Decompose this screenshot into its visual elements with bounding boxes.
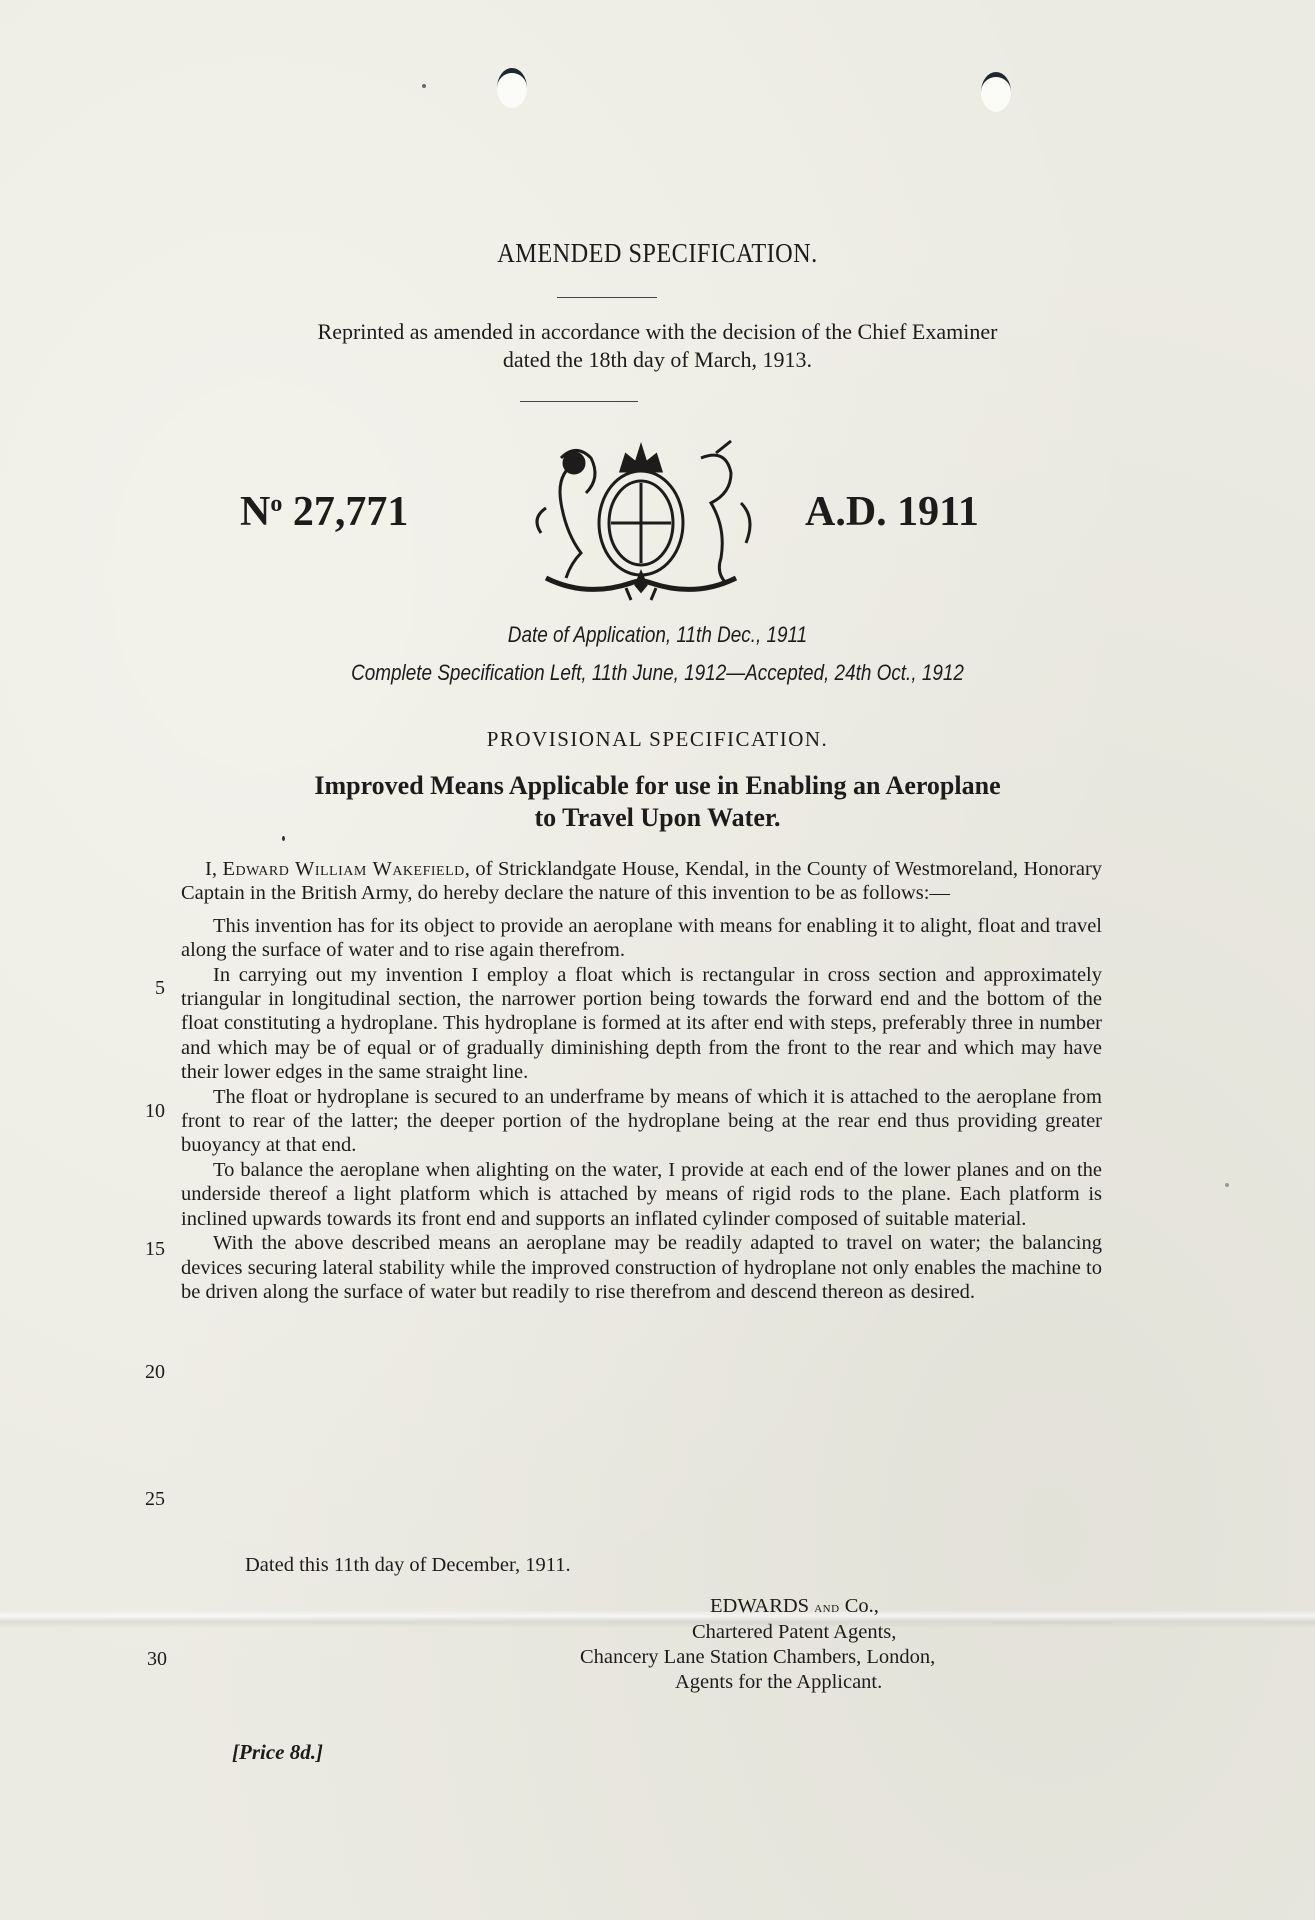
reprint-line-2: dated the 18th day of March, 1913. <box>0 346 1315 374</box>
patent-agents-block: EDWARDS and Co., Chartered Patent Agents… <box>580 1594 1080 1695</box>
royal-coat-of-arms-icon <box>516 433 766 603</box>
body-paragraph: In carrying out my invention I employ a … <box>181 963 1102 1085</box>
body-paragraph: This invention has for its object to pro… <box>181 914 1102 963</box>
declaration-paragraph: I, Edward William Wakefield, of Strickla… <box>181 857 1102 906</box>
invention-title-line-2: to Travel Upon Water. <box>0 802 1315 834</box>
provisional-specification-heading: PROVISIONAL SPECIFICATION. <box>0 727 1315 752</box>
paper-speck <box>1225 1183 1229 1187</box>
margin-line-number: 25 <box>145 1488 165 1511</box>
body-paragraph: The float or hydroplane is secured to an… <box>181 1085 1102 1158</box>
margin-line-number: 20 <box>145 1361 165 1384</box>
divider-rule <box>557 297 657 298</box>
margin-line-number: 30 <box>147 1648 167 1671</box>
complete-specification-dates: Complete Specification Left, 11th June, … <box>92 660 1223 686</box>
agent-line-3: Chancery Lane Station Chambers, London, <box>580 1645 1080 1670</box>
margin-line-number: 5 <box>155 977 165 1000</box>
paper-speck <box>422 84 426 88</box>
punch-hole-right <box>981 72 1011 112</box>
body-paragraph: To balance the aeroplane when alighting … <box>181 1158 1102 1231</box>
reprint-notice: Reprinted as amended in accordance with … <box>0 318 1315 374</box>
price-label: [Price 8d.] <box>232 1740 323 1765</box>
reprint-line-1: Reprinted as amended in accordance with … <box>0 318 1315 346</box>
amended-specification-heading: AMENDED SPECIFICATION. <box>66 238 1250 269</box>
dated-line: Dated this 11th day of December, 1911. <box>245 1554 571 1577</box>
patent-number: No 27,771 <box>240 488 408 536</box>
paper-speck <box>282 836 285 841</box>
body-paragraph: With the above described means an aeropl… <box>181 1231 1102 1304</box>
patent-year: A.D. 1911 <box>805 488 979 536</box>
divider-rule <box>520 401 638 402</box>
inventor-name: Edward William Wakefield <box>222 858 464 880</box>
invention-title: Improved Means Applicable for use in Ena… <box>0 770 1315 834</box>
date-of-application: Date of Application, 11th Dec., 1911 <box>92 622 1223 648</box>
punch-hole-left <box>497 68 527 108</box>
agent-firm: EDWARDS and Co., <box>710 1594 1210 1620</box>
agent-line-4: Agents for the Applicant. <box>675 1670 1175 1695</box>
invention-title-line-1: Improved Means Applicable for use in Ena… <box>0 770 1315 802</box>
specification-body: I, Edward William Wakefield, of Strickla… <box>181 857 1102 1304</box>
margin-line-number: 10 <box>145 1100 165 1123</box>
margin-line-number: 15 <box>145 1238 165 1261</box>
agent-line-2: Chartered Patent Agents, <box>692 1620 1192 1645</box>
